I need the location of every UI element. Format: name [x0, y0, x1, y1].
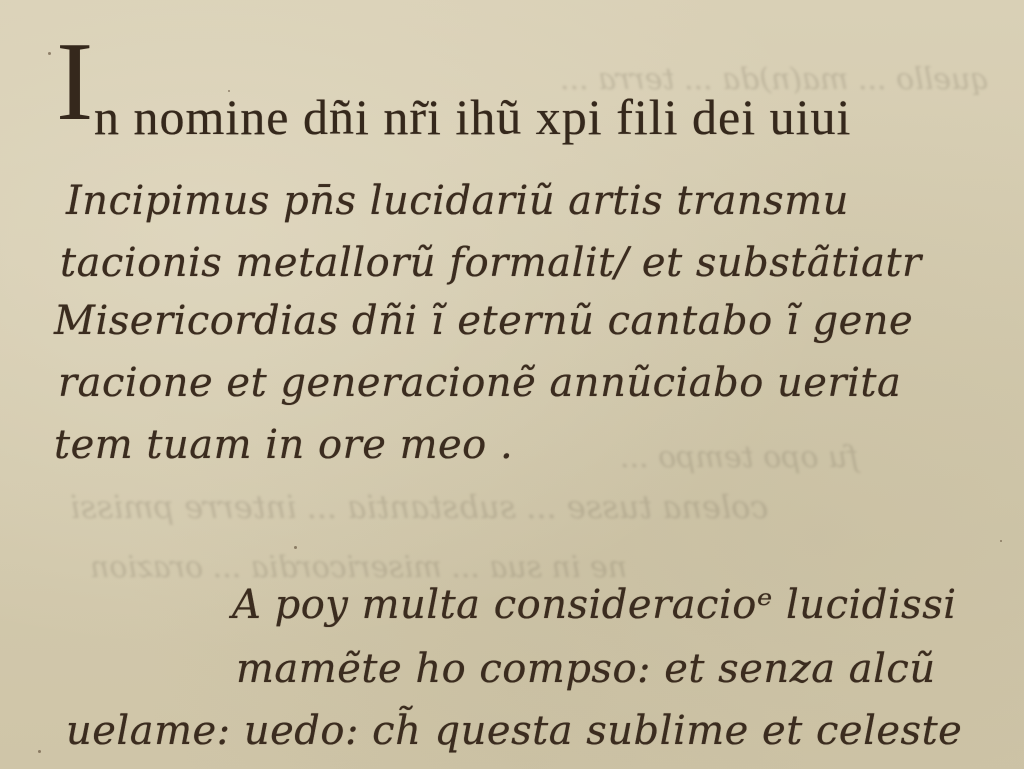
paragraph1-line: tacionis metallorũ formalit/ et substãti… [60, 240, 922, 286]
paragraph2-line: mamẽte ho compso: et senza alcũ [236, 646, 936, 692]
ink-speck [38, 750, 41, 753]
ink-speck [48, 52, 51, 55]
ink-speck [1000, 540, 1002, 542]
bleed-through-line: fu opo tempo ... [620, 440, 859, 475]
decorated-initial: I [56, 26, 93, 138]
paragraph1-line: racione et generacionẽ annũciabo uerita [58, 360, 901, 406]
heading-line: n nomine dñi nr̃i ihũ xpi fili dei uiui [94, 88, 851, 146]
bleed-through-line: colena tusse ... substantia ... interre … [70, 488, 768, 526]
bleed-through-line: ne in sua ... misericordia ... orazion [90, 550, 627, 585]
ink-speck [294, 546, 297, 549]
paragraph1-line: tem tuam in ore meo . [54, 422, 513, 468]
paragraph1-line: Misericordias dñi ĩ eternũ cantabo ĩ gen… [54, 298, 913, 344]
paragraph2-line: uelame: uedo: ch̃ questa sublime et cele… [66, 708, 962, 754]
paragraph1-line: Incipimus pn̄s lucidariũ artis transmu [66, 178, 849, 224]
manuscript-page: quello ... ma(n)da ... terra ... fu opo … [0, 0, 1024, 769]
paragraph2-line: A poy multa consideracioᵉ lucidissi [232, 582, 957, 628]
